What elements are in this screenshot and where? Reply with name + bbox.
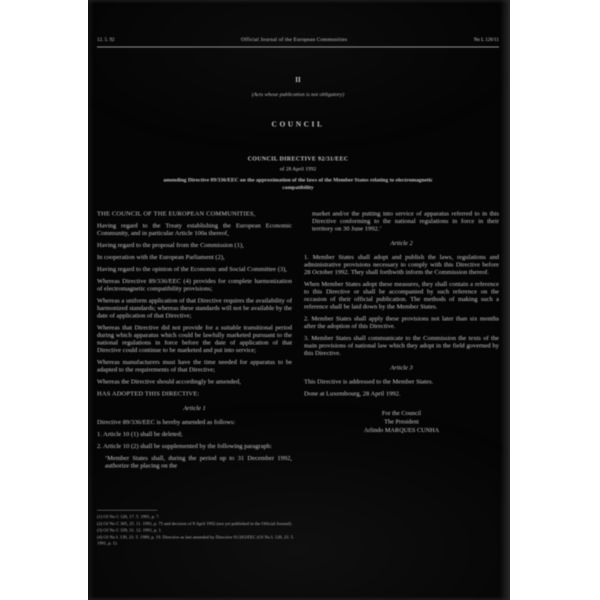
citation-commission-proposal: Having regard to the proposal from the C…	[97, 241, 292, 249]
preamble-enacting-authority: THE COUNCIL OF THE EUROPEAN COMMUNITIES,	[97, 210, 292, 218]
section-marker: II	[97, 77, 499, 85]
footnote-2: (2) OJ No C 305, 25. 11. 1991, p. 75 and…	[97, 520, 302, 526]
article-1-point-1: 1. Article 10 (1) shall be deleted;	[97, 430, 292, 438]
enacting-formula: HAS ADOPTED THIS DIRECTIVE:	[97, 390, 292, 398]
article-1-quoted-text-end: market and/or the putting into service o…	[304, 210, 499, 233]
article-1-point-2: 2. Article 10 (2) shall be supplemented …	[97, 442, 292, 450]
signature-block: For the Council The President Arlindo MA…	[304, 409, 499, 435]
citation-ecosoc: Having regard to the opinion of the Econ…	[97, 265, 292, 273]
article-3-heading: Article 3	[304, 364, 499, 372]
footnote-4: (4) OJ No L 139, 23. 5. 1989, p. 19. Dir…	[97, 534, 302, 547]
footnotes-block: (1) OJ No C 126, 17. 5. 1991, p. 7. (2) …	[97, 510, 302, 547]
article-2-paragraph-2: 2. Member States shall apply these provi…	[304, 315, 499, 330]
signature-for-council: For the Council	[304, 409, 499, 418]
article-2-heading: Article 2	[304, 239, 499, 247]
citation-treaty: Having regard to the Treaty establishing…	[97, 222, 292, 237]
institution-heading: COUNCIL	[97, 121, 499, 130]
citation-parliament: In cooperation with the European Parliam…	[97, 253, 292, 261]
signature-title: The President	[304, 418, 499, 427]
section-note: (Acts whose publication is not obligator…	[97, 92, 499, 98]
article-1-heading: Article 1	[97, 404, 292, 412]
article-1-intro: Directive 89/336/EEC is hereby amended a…	[97, 418, 292, 426]
recital-1: Whereas Directive 89/336/EEC (4) provide…	[97, 277, 292, 292]
header-page-reference: No L 126/11	[474, 37, 499, 43]
article-2-reference-clause: When Member States adopt these measures,…	[304, 280, 499, 310]
recital-2: Whereas a uniform application of that Di…	[97, 297, 292, 320]
header-date: 12. 5. 92	[97, 37, 115, 43]
footnote-1: (1) OJ No C 126, 17. 5. 1991, p. 7.	[97, 514, 302, 520]
signature-name: Arlindo MARQUES CUNHA	[304, 426, 499, 435]
article-2-paragraph-3: 3. Member States shall communicate to th…	[304, 334, 499, 357]
running-header: 12. 5. 92 Official Journal of the Europe…	[97, 0, 499, 48]
footnote-3: (3) OJ No C 339, 31. 12. 1991, p. 1.	[97, 527, 302, 533]
page-content: 12. 5. 92 Official Journal of the Europe…	[88, 0, 508, 600]
left-column: THE COUNCIL OF THE EUROPEAN COMMUNITIES,…	[97, 210, 292, 474]
article-1-quoted-text-start: ‘Member States shall, during the period …	[97, 454, 292, 469]
directive-number: COUNCIL DIRECTIVE 92/31/EEC	[97, 155, 499, 163]
two-column-body: THE COUNCIL OF THE EUROPEAN COMMUNITIES,…	[97, 210, 499, 474]
recital-5: Whereas the Directive should accordingly…	[97, 378, 292, 386]
header-journal-title: Official Journal of the European Communi…	[241, 37, 347, 43]
directive-title-block: COUNCIL DIRECTIVE 92/31/EEC of 28 April …	[97, 155, 499, 192]
directive-date: of 28 April 1992	[97, 166, 499, 172]
place-date-line: Done at Luxembourg, 28 April 1992.	[304, 390, 499, 398]
directive-subject: amending Directive 89/336/EEC on the app…	[148, 177, 448, 192]
recital-3: Whereas that Directive did not provide f…	[97, 324, 292, 354]
scanned-document-page: 12. 5. 92 Official Journal of the Europe…	[88, 0, 510, 600]
recital-4: Whereas manufacturers must have the time…	[97, 358, 292, 373]
article-3-text: This Directive is addressed to the Membe…	[304, 378, 499, 386]
right-column: market and/or the putting into service o…	[304, 210, 499, 474]
article-2-paragraph-1: 1. Member States shall adopt and publish…	[304, 253, 499, 276]
